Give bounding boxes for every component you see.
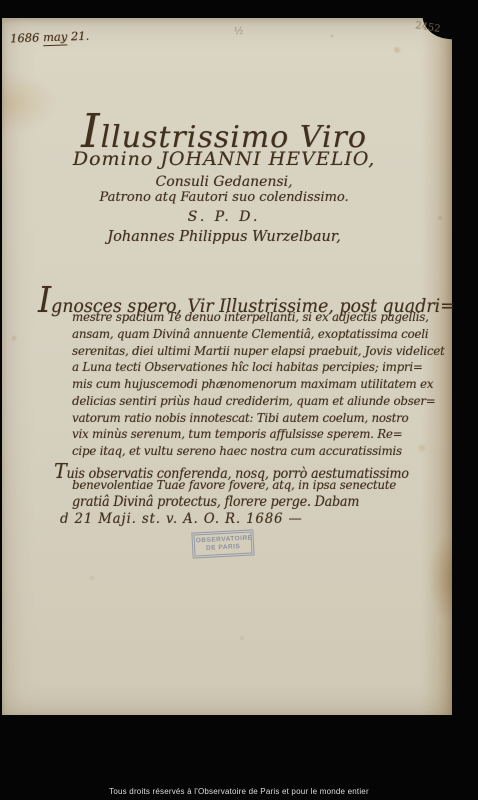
manuscript-line: a Luna tecti Observationes hîc loci habi… [72,359,423,374]
manuscript-page: 1686 may 21. ½ 2452 Illustrissimo Viro D… [2,18,452,715]
manuscript-line: gratiâ Divinâ protectus, florere perge. … [72,494,359,510]
manuscript-line: mestre spacium Te denuo interpellanti, s… [72,309,429,324]
salutation-line-consuli: Consuli Gedanensi, [2,174,446,190]
manuscript-line: vatorum ratio nobis innotescat: Tibi aut… [72,410,408,425]
date-month: may [43,29,68,46]
observatoire-stamp: OBSERVATOIRE DE PARIS [191,529,254,558]
salutation-line-spd: S. P. D. [2,209,446,225]
manuscript-line: serenitas, diei ultimi Martii nuper elap… [72,343,445,358]
date-year: 1686 [10,30,40,45]
date-day: 21. [71,29,90,44]
scan-backdrop: 1686 may 21. ½ 2452 Illustrissimo Viro D… [0,0,478,800]
archival-date-note: 1686 may 21. [10,29,90,46]
salutation-line-hevelio: Domino JOHANNI HEVELIO, [2,148,446,170]
fraction-mark: ½ [233,26,244,38]
manuscript-line: delicias sentiri priùs haud crediderim, … [72,393,435,408]
manuscript-line: ansam, quam Divinâ annuente Clementiâ, e… [72,326,428,341]
manuscript-line: vix minùs serenum, tum temporis affulsis… [72,426,402,441]
manuscript-line: benevolentiae Tuae favore fovere, atq, i… [72,477,396,492]
salutation-line-patrono: Patrono atq Fautori suo colendissimo. [2,190,446,205]
copyright-text: Tous droits réservés à l'Observatoire de… [109,787,369,796]
manuscript-dateline: d 21 Maji. st. v. A. O. R. 1686 — [60,511,303,527]
author-name-line: Johannes Philippus Wurzelbaur, [2,229,446,245]
manuscript-line: mis cum hujuscemodi phænomenorum maximam… [72,376,433,391]
manuscript-line: cipe itaq, et vultu sereno haec nostra c… [72,443,402,458]
copyright-footer: Tous droits réservés à l'Observatoire de… [0,787,478,796]
